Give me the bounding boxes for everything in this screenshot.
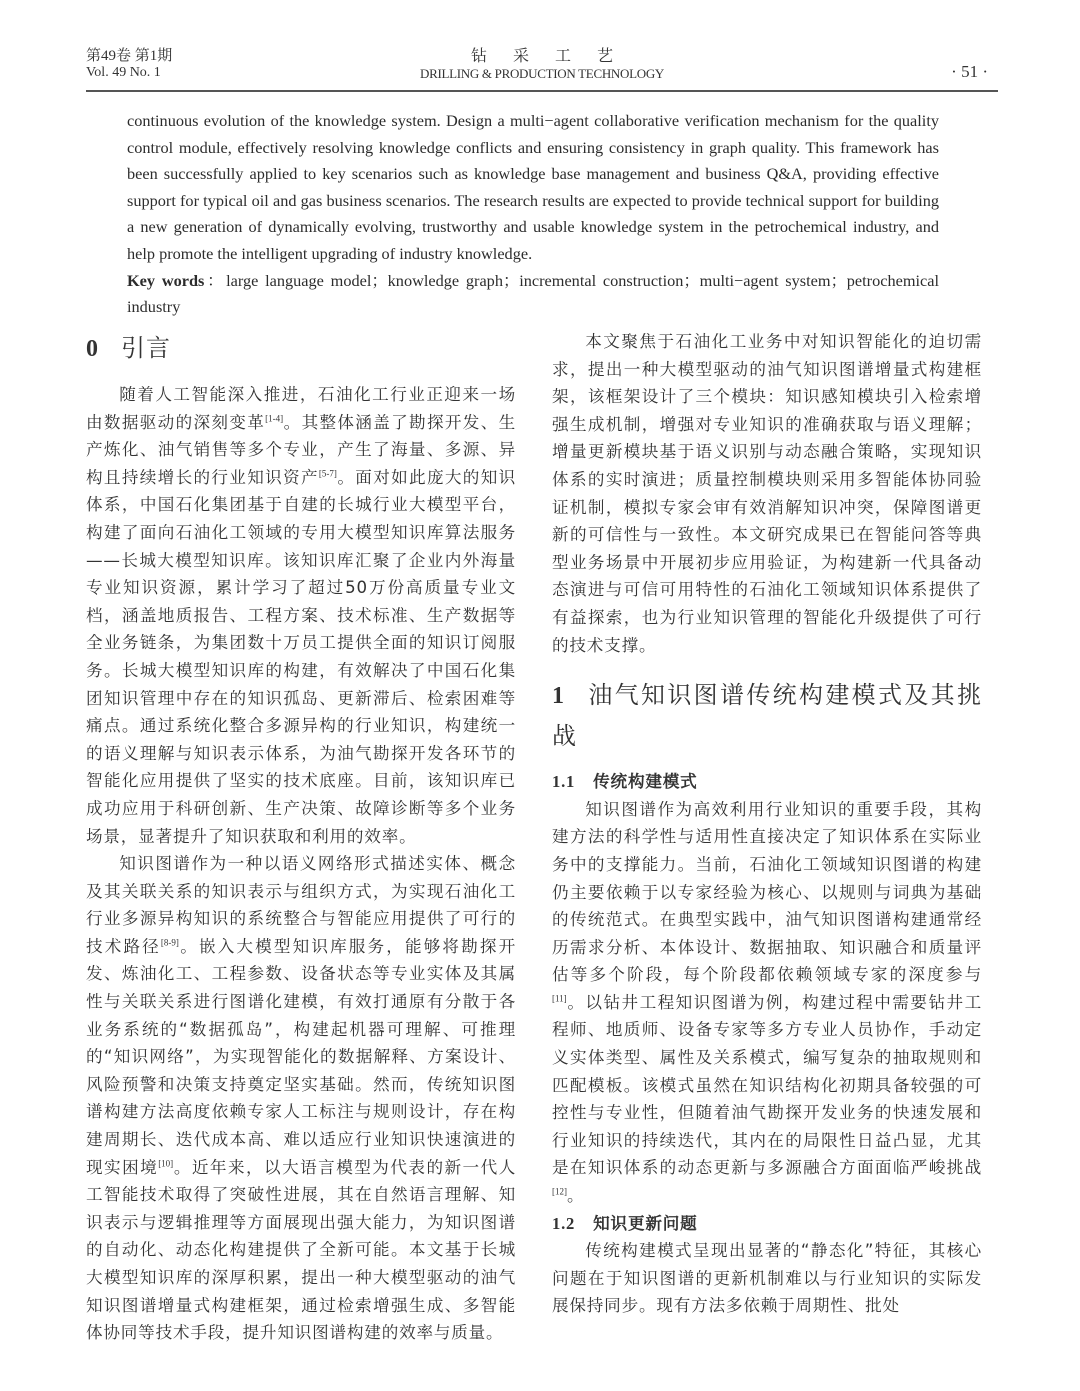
text-run: 。 [567, 1186, 584, 1205]
page-number: · 51 · [951, 62, 988, 82]
subsection-title: 知识更新问题 [593, 1214, 697, 1233]
subsection-number: 1.1 [552, 772, 575, 791]
section-number: 1 [552, 683, 565, 709]
citation[interactable]: [1-4] [265, 413, 283, 423]
keywords-label: Key words [127, 271, 204, 290]
page-header: 第49卷 第1期 Vol. 49 No. 1 钻采工艺 DRILLING & P… [86, 40, 998, 92]
journal-title-cn: 钻采工艺 [86, 43, 998, 66]
citation[interactable]: [10] [158, 1158, 173, 1168]
intro-paragraph-1: 随着人工智能深入推进，石油化工行业正迎来一场由数据驱动的深刻变革[1-4]。其整… [86, 381, 516, 850]
text-run: 知识图谱作为高效利用行业知识的重要手段，其构建方法的科学性与适用性直接决定了知识… [552, 800, 982, 985]
citation[interactable]: [8-9] [161, 937, 179, 947]
intro-paragraph-3: 本文聚焦于石油化工业务中对知识智能化的迫切需求，提出一种大模型驱动的油气知识图谱… [552, 328, 982, 659]
keywords-list: ：large language model；knowledge graph；in… [127, 271, 939, 317]
text-run: 。近年来，以大语言模型为代表的新一代人工智能技术取得了突破性进展，其在自然语言理… [86, 1158, 516, 1343]
text-run: 。面对如此庞大的知识体系，中国石化集团基于自建的长城行业大模型平台，构建了面向石… [86, 468, 516, 846]
right-column: 本文聚焦于石油化工业务中对知识智能化的迫切需求，提出一种大模型驱动的油气知识图谱… [552, 328, 982, 1320]
text-run: 。嵌入大模型知识库服务，能够将勘探开发、炼油化工、工程参数、设备状态等专业实体及… [86, 937, 516, 1177]
abstract-text: continuous evolution of the knowledge sy… [127, 108, 939, 268]
subsection-number: 1.2 [552, 1214, 575, 1233]
keywords: Key words：large language model；knowledge… [127, 268, 939, 321]
section-number: 0 [86, 336, 99, 362]
english-abstract: continuous evolution of the knowledge sy… [127, 108, 939, 321]
section-1-2-paragraph: 传统构建模式呈现出显著的“静态化”特征，其核心问题在于知识图谱的更新机制难以与行… [552, 1237, 982, 1320]
section-title: 油气知识图谱传统构建模式及其挑战 [552, 681, 982, 750]
journal-title-en: DRILLING & PRODUCTION TECHNOLOGY [86, 66, 998, 82]
subsection-heading-1-2: 1.2知识更新问题 [552, 1210, 982, 1238]
citation[interactable]: [11] [552, 993, 567, 1003]
left-column: 0引言 随着人工智能深入推进，石油化工行业正迎来一场由数据驱动的深刻变革[1-4… [86, 328, 516, 1347]
section-1-1-paragraph: 知识图谱作为高效利用行业知识的重要手段，其构建方法的科学性与适用性直接决定了知识… [552, 796, 982, 1210]
text-run: 。以钻井工程知识图谱为例，构建过程中需要钻井工程师、地质师、设备专家等多方专业人… [552, 993, 982, 1178]
section-heading-introduction: 0引言 [86, 328, 516, 369]
subsection-heading-1-1: 1.1传统构建模式 [552, 768, 982, 796]
citation[interactable]: [12] [552, 1187, 567, 1197]
subsection-title: 传统构建模式 [593, 772, 697, 791]
intro-paragraph-2: 知识图谱作为一种以语义网络形式描述实体、概念及其关联关系的知识表示与组织方式，为… [86, 850, 516, 1347]
citation[interactable]: [5-7] [319, 468, 337, 478]
section-title: 引言 [121, 334, 171, 362]
section-heading-1: 1油气知识图谱传统构建模式及其挑战 [552, 675, 982, 756]
